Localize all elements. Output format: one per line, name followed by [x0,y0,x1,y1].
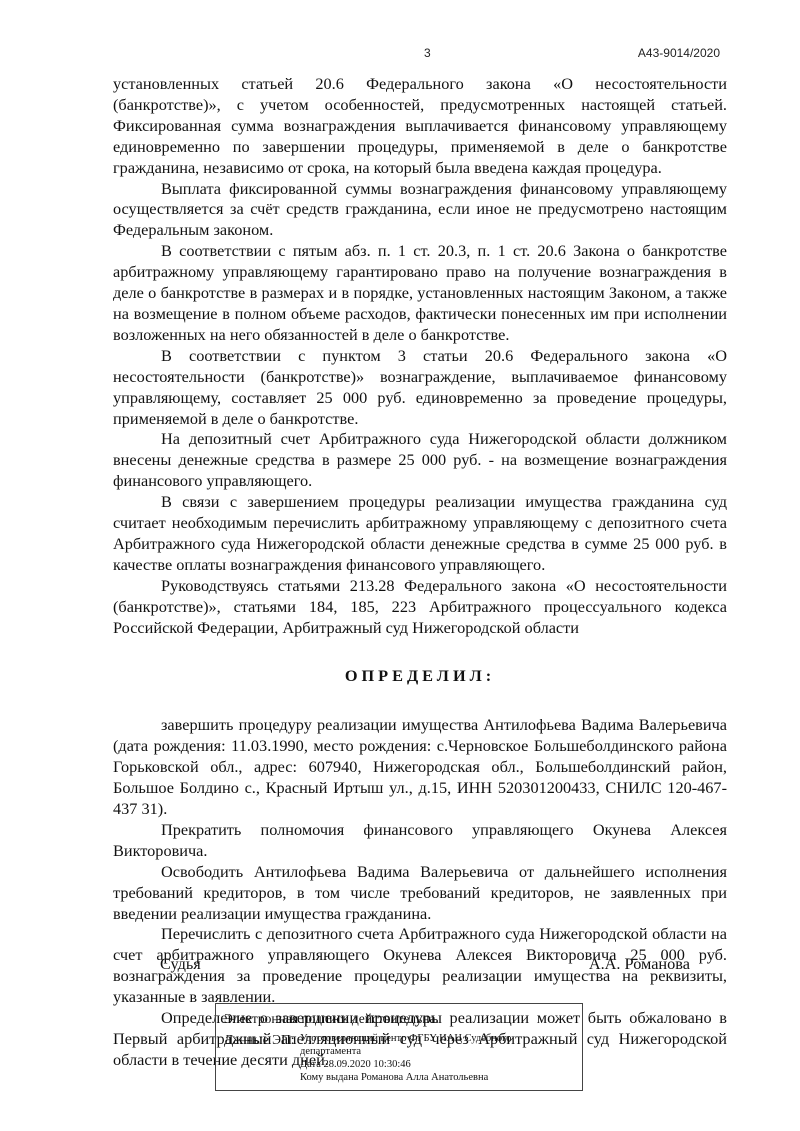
signature-name: А.А. Романова [589,954,690,974]
decision-paragraph: Прекратить полномочия финансового управл… [113,820,727,862]
paragraph: Руководствуясь статьями 213.28 Федеральн… [113,576,727,639]
paragraph: В связи с завершением процедуры реализац… [113,492,727,576]
paragraph: В соответствии с пятым абз. п. 1 ст. 20.… [113,241,727,346]
page-header: 3 А43-9014/2020 [0,46,800,66]
e-signature-line: Кому выдана Романова Алла Анатольевна [300,1071,511,1084]
e-signature-label: Данные ЭП: [224,1032,300,1084]
e-signature-line: Дата 28.09.2020 10:30:46 [300,1058,511,1071]
e-signature-line: департамента [300,1045,511,1058]
e-signature-details: Удостоверяющий центр ФГБУ ИАЦ Судебного … [300,1032,511,1084]
e-signature-status: Электронная подпись действительна. [224,1010,574,1028]
decision-paragraph: завершить процедуру реализации имущества… [113,715,727,820]
decision-title: ОПРЕДЕЛИЛ: [113,666,727,687]
page-number: 3 [424,46,431,60]
paragraph: В соответствии с пунктом 3 статьи 20.6 Ф… [113,346,727,430]
paragraph: На депозитный счет Арбитражного суда Ниж… [113,429,727,492]
paragraph: установленных статьей 20.6 Федерального … [113,74,727,179]
signature-role: Судья [160,954,201,974]
document-body: установленных статьей 20.6 Федерального … [113,74,727,1071]
paragraph: Выплата фиксированной суммы вознагражден… [113,179,727,242]
e-signature-line: Удостоверяющий центр ФГБУ ИАЦ Судебного [300,1032,511,1045]
e-signature-box: Электронная подпись действительна. Данны… [215,1003,583,1091]
decision-paragraph: Освободить Антилофьева Вадима Валерьевич… [113,862,727,925]
case-number: А43-9014/2020 [638,46,720,60]
